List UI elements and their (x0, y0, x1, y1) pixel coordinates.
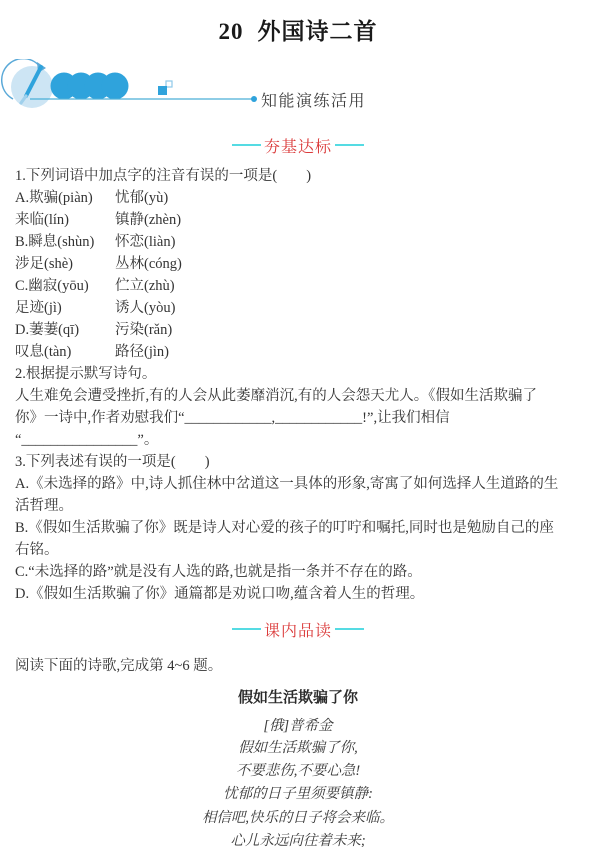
banner-label: 知能演练活用 (261, 88, 366, 111)
question-2-text-blanks: 你》一诗中,作者劝慰我们“____________,____________!”… (15, 407, 596, 429)
section-header-foundation: 夯基达标 (0, 135, 596, 155)
option-row: B.瞬息(shùn) 怀恋(liàn) (15, 231, 596, 253)
option-word: 足迹(jì) (15, 297, 115, 319)
option-word: 伫立(zhù) (115, 275, 175, 297)
question-3-stem: 3.下列表述有误的一项是( ) (15, 451, 596, 473)
question-3-option-a: A.《未选择的路》中,诗人抓住林中岔道这一具体的形象,寄寓了如何选择人生道路的生 (15, 473, 596, 495)
option-word: 污染(rǎn) (115, 319, 172, 341)
question-2-text-blank2: “________________”。 (15, 429, 596, 451)
poem-author: [俄]普希金 (0, 715, 596, 737)
option-row: D.萋萋(qī) 污染(rǎn) (15, 319, 596, 341)
question-3-option-a-cont: 活哲理。 (15, 495, 596, 517)
option-row: C.幽寂(yōu) 伫立(zhù) (15, 275, 596, 297)
question-3-option-d: D.《假如生活欺骗了你》通篇都是劝说口吻,蕴含着人生的哲理。 (15, 583, 596, 605)
poem-title: 假如生活欺骗了你 (0, 687, 596, 709)
option-word: C.幽寂(yōu) (15, 275, 115, 297)
option-word: 怀恋(liàn) (115, 231, 175, 253)
question-3-option-b-cont: 右铭。 (15, 539, 596, 561)
option-word: 忧郁(yù) (115, 187, 168, 209)
workbook-page: 20外国诗二首 (0, 0, 596, 847)
reading-instruction: 阅读下面的诗歌,完成第 4~6 题。 (15, 655, 596, 677)
option-word: B.瞬息(shùn) (15, 231, 115, 253)
page-title: 20外国诗二首 (0, 0, 596, 46)
option-word: A.欺骗(piàn) (15, 187, 115, 209)
option-row: 涉足(shè) 丛林(cóng) (15, 253, 596, 275)
section-rule-left (232, 628, 261, 630)
option-word: 涉足(shè) (15, 253, 115, 275)
question-1-options: A.欺骗(piàn) 忧郁(yù) 来临(lín) 镇静(zhèn) B.瞬息(… (15, 187, 596, 363)
poem-line: 假如生活欺骗了你, (0, 737, 596, 760)
option-word: 丛林(cóng) (115, 253, 182, 275)
option-word: 来临(lín) (15, 209, 115, 231)
section-label: 夯基达标 (264, 134, 332, 157)
section-rule-right (335, 628, 364, 630)
option-word: 诱人(yòu) (115, 297, 175, 319)
poem-line: 不要悲伤,不要心急! (0, 760, 596, 783)
option-word: 叹息(tàn) (15, 341, 115, 363)
question-2-text: 人生难免会遭受挫折,有的人会从此萎靡消沉,有的人会怨天尤人。《假如生活欺骗了 (15, 385, 596, 407)
question-2-stem: 2.根据提示默写诗句。 (15, 363, 596, 385)
option-row: 来临(lín) 镇静(zhèn) (15, 209, 596, 231)
option-word: 路径(jìn) (115, 341, 169, 363)
dots-icon (51, 73, 129, 100)
question-1-stem: 1.下列词语中加点字的注音有误的一项是( ) (15, 165, 596, 187)
option-row: 叹息(tàn) 路径(jìn) (15, 341, 596, 363)
section-rule-left (232, 144, 261, 146)
question-3-option-c: C.“未选择的路”就是没有人选的路,也就是指一条并不存在的路。 (15, 561, 596, 583)
question-3-option-b: B.《假如生活欺骗了你》既是诗人对心爱的孩子的叮咛和嘱托,同时也是勉励自己的座 (15, 517, 596, 539)
lesson-number: 20 (219, 19, 244, 44)
poem-line: 相信吧,快乐的日子将会来临。 (0, 807, 596, 830)
poem-line: 忧郁的日子里须要镇静: (0, 783, 596, 806)
square-icon (158, 81, 172, 95)
option-word: D.萋萋(qī) (15, 319, 115, 341)
option-row: A.欺骗(piàn) 忧郁(yù) (15, 187, 596, 209)
section-header-reading: 课内品读 (0, 619, 596, 639)
section-label: 课内品读 (264, 618, 332, 641)
decorative-banner: 知能演练活用 (0, 59, 596, 109)
section-rule-right (335, 144, 364, 146)
option-word: 镇静(zhèn) (115, 209, 181, 231)
option-row: 足迹(jì) 诱人(yòu) (15, 297, 596, 319)
banner-dot-icon (251, 96, 257, 102)
poem-line: 心儿永远向往着未来; (0, 830, 596, 847)
brush-icon (2, 59, 53, 108)
lesson-title: 外国诗二首 (258, 18, 378, 44)
